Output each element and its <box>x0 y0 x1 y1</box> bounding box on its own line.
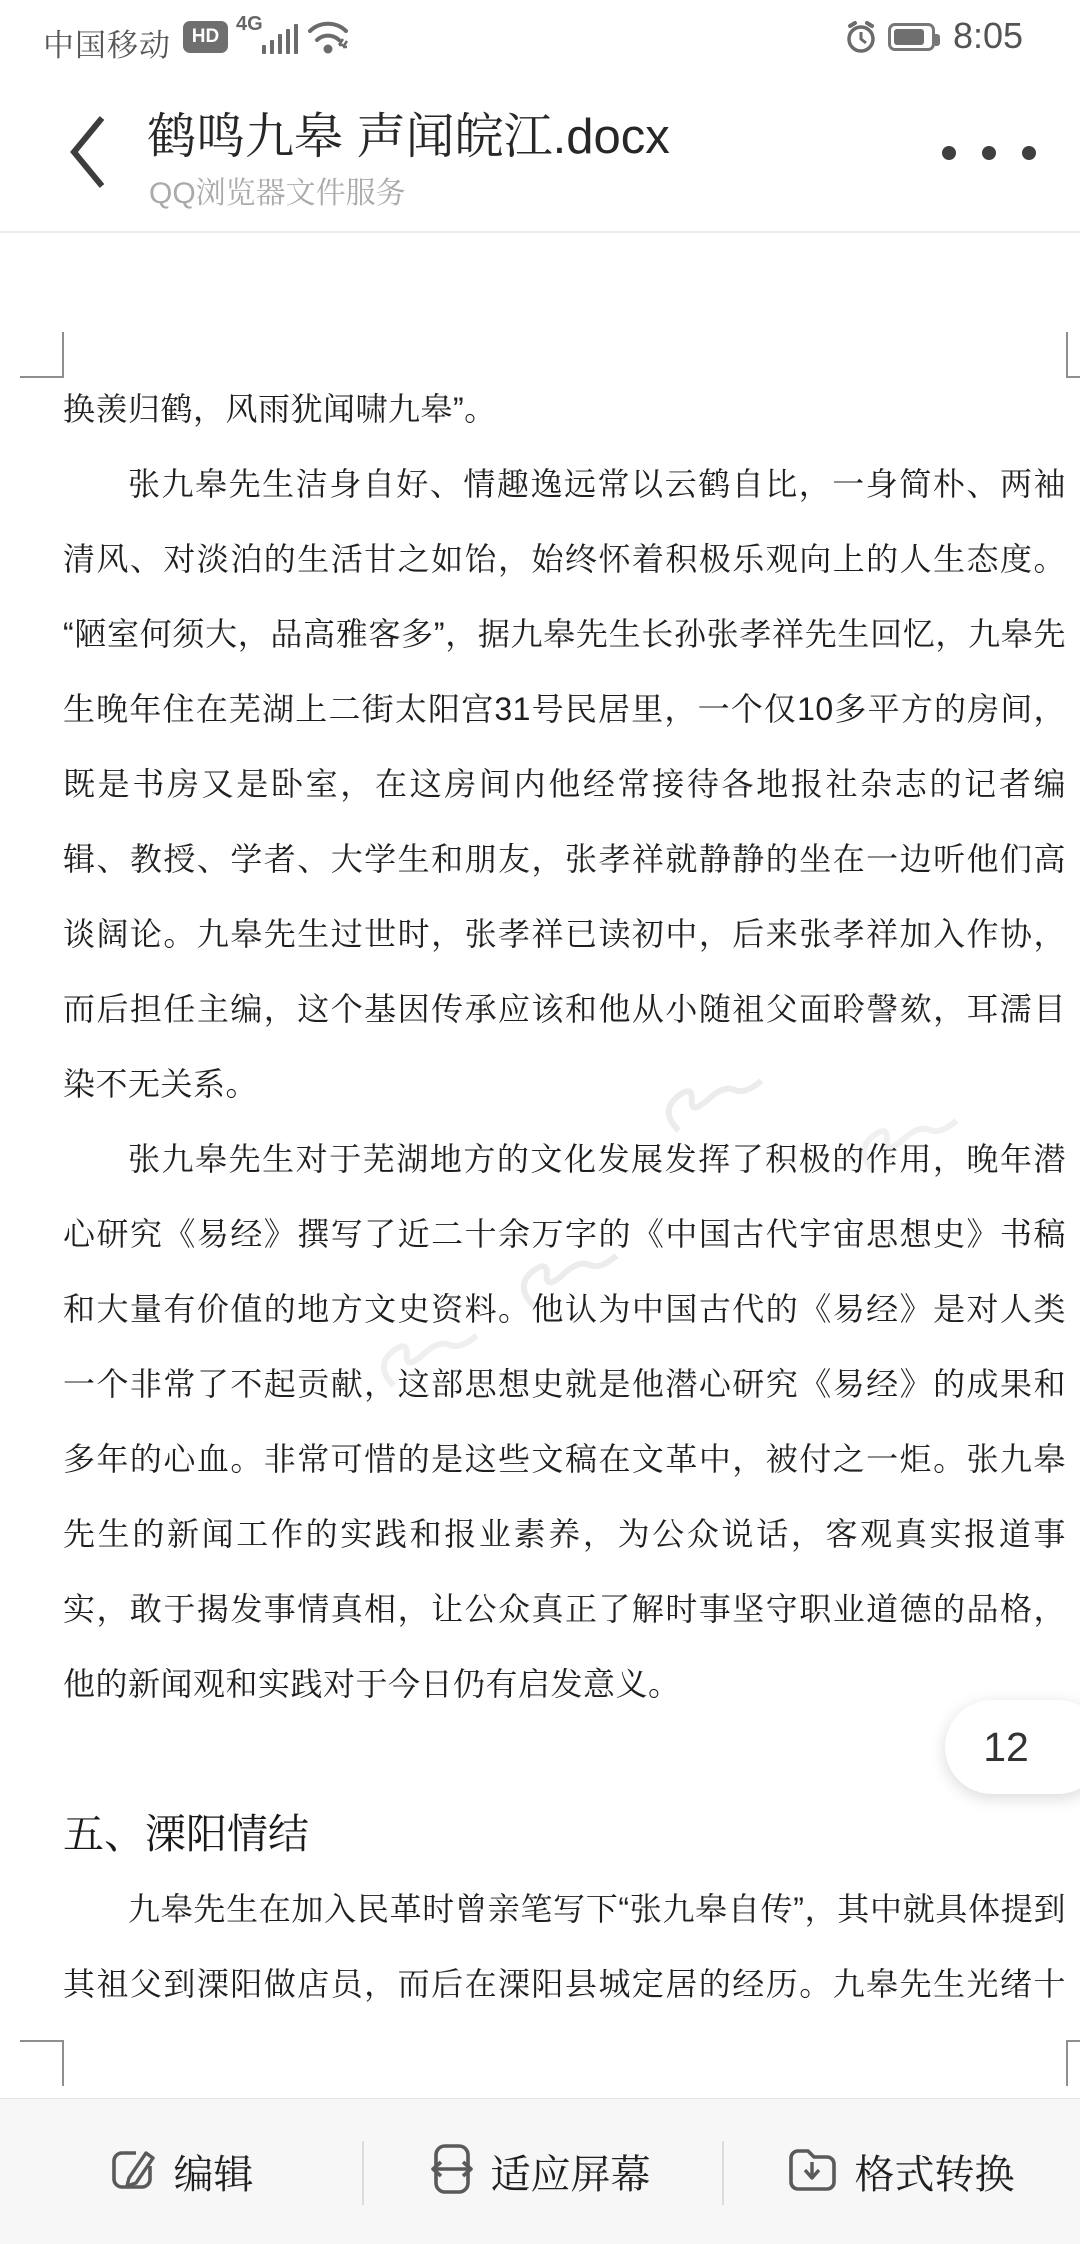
document-line: “陋室何须大，品高雅客多”，据九皋先生长孙张孝祥先生回忆，九皋先 <box>63 597 1066 672</box>
bottom-toolbar: 编辑 适应屏幕 格式转换 <box>0 2098 1080 2244</box>
document-line: 辑、教授、学者、大学生和朋友，张孝祥就静静的坐在一边听他们高 <box>63 822 1066 897</box>
edit-icon <box>107 2144 157 2199</box>
fit-screen-icon <box>430 2143 474 2200</box>
file-viewer-header: 鹤鸣九皋 声闻皖江.docx QQ浏览器文件服务 <box>0 72 1080 233</box>
document-line: 多年的心血。非常可惜的是这些文稿在文革中，被付之一炬。张九皋 <box>63 1422 1066 1497</box>
section-heading: 五、溧阳情结 <box>63 1797 1066 1872</box>
document-line: 张九皋先生洁身自好、情趣逸远常以云鹤自比，一身简朴、两袖 <box>63 447 1066 522</box>
file-service-subtitle: QQ浏览器文件服务 <box>149 168 406 212</box>
document-line: 九皋先生在加入民革时曾亲笔写下“张九皋自传”，其中就具体提到 <box>63 1872 1066 1947</box>
page-number-badge: 12 <box>945 1700 1080 1794</box>
fit-screen-label: 适应屏幕 <box>491 2143 651 2200</box>
signal-strength-icon <box>262 24 302 54</box>
document-line: 换羡归鹤，风雨犹闻啸九皋”。 <box>63 372 1066 447</box>
page-corner-mark-top-right <box>1066 332 1080 378</box>
document-line: 和大量有价值的地方文史资料。他认为中国古代的《易经》是对人类 <box>63 1272 1066 1347</box>
page-corner-mark-bottom-right <box>1066 2040 1080 2086</box>
document-line: 而后担任主编，这个基因传承应该和他从小随祖父面聆謦欬，耳濡目 <box>63 972 1066 1047</box>
alarm-clock-icon <box>844 20 878 59</box>
document-line: 他的新闻观和实践对于今日仍有启发意义。 <box>63 1647 1066 1722</box>
hd-volte-icon: HD <box>183 21 228 53</box>
document-line: 一个非常了不起贡献，这部思想史就是他潜心研究《易经》的成果和 <box>63 1347 1066 1422</box>
document-text: 换羡归鹤，风雨犹闻啸九皋”。张九皋先生洁身自好、情趣逸远常以云鹤自比，一身简朴、… <box>63 372 1066 2022</box>
status-time: 8:05 <box>953 15 1023 57</box>
page-corner-mark-bottom-left <box>20 2040 64 2086</box>
document-line: 心研究《易经》撰写了近二十余万字的《中国古代宇宙思想史》书稿 <box>63 1197 1066 1272</box>
toolbar-divider <box>362 2141 364 2205</box>
document-line: 染不无关系。 <box>63 1047 1066 1122</box>
page-number: 12 <box>983 1724 1029 1771</box>
fit-screen-button[interactable]: 适应屏幕 <box>360 2099 720 2244</box>
document-line: 其祖父到溧阳做店员，而后在溧阳县城定居的经历。九皋先生光绪十 <box>63 1947 1066 2022</box>
document-title: 鹤鸣九皋 声闻皖江.docx <box>147 98 670 168</box>
toolbar-divider <box>722 2141 724 2205</box>
format-convert-label: 格式转换 <box>855 2143 1015 2200</box>
document-page[interactable]: 换羡归鹤，风雨犹闻啸九皋”。张九皋先生洁身自好、情趣逸远常以云鹤自比，一身简朴、… <box>0 233 1080 2098</box>
back-icon[interactable] <box>66 112 110 192</box>
format-convert-button[interactable]: 格式转换 <box>720 2099 1080 2244</box>
document-line: 先生的新闻工作的实践和报业素养，为公众说话，客观真实报道事 <box>63 1497 1066 1572</box>
format-convert-icon <box>786 2145 838 2198</box>
document-line: 张九皋先生对于芜湖地方的文化发展发挥了积极的作用，晚年潜 <box>63 1122 1066 1197</box>
battery-icon <box>888 23 935 51</box>
wifi-icon <box>306 17 356 64</box>
phone-screen: 中国移动 HD 4G 8:05 <box>0 0 1080 2244</box>
more-options-icon[interactable] <box>938 138 1048 168</box>
document-line: 清风、对淡泊的生活甘之如饴，始终怀着积极乐观向上的人生态度。 <box>63 522 1066 597</box>
document-line: 谈阔论。九皋先生过世时，张孝祥已读初中，后来张孝祥加入作协， <box>63 897 1066 972</box>
edit-label: 编辑 <box>174 2143 254 2200</box>
document-line: 生晚年住在芜湖上二街太阳宫31号民居里，一个仅10多平方的房间， <box>63 672 1066 747</box>
document-line: 实，敢于揭发事情真相，让公众真正了解时事坚守职业道德的品格， <box>63 1572 1066 1647</box>
network-type-label: 4G <box>236 13 263 36</box>
status-bar: 中国移动 HD 4G 8:05 <box>0 0 1080 72</box>
document-line: 既是书房又是卧室，在这房间内他经常接待各地报社杂志的记者编 <box>63 747 1066 822</box>
edit-button[interactable]: 编辑 <box>0 2099 360 2244</box>
page-corner-mark-top-left <box>20 332 64 378</box>
carrier-label: 中国移动 <box>43 20 171 65</box>
